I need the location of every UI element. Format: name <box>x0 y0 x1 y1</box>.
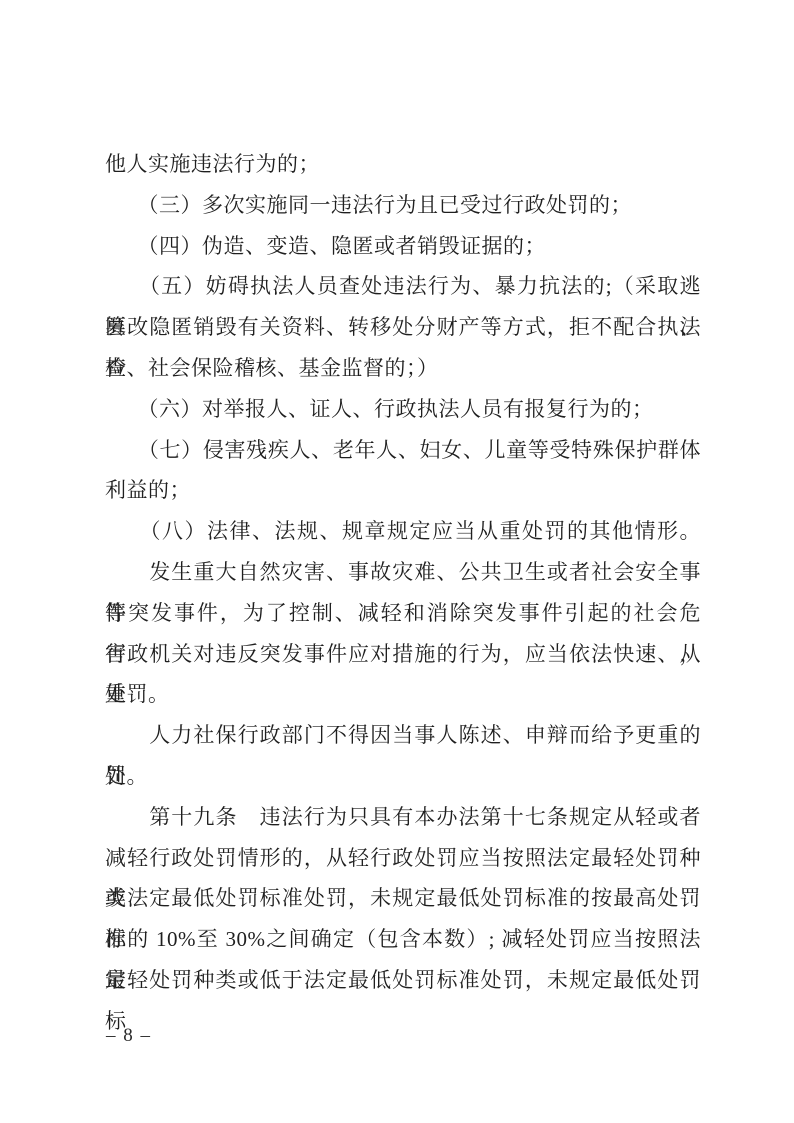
document-body: 他人实施违法行为的； （三）多次实施同一违法行为且已受过行政处罚的； （四）伪造… <box>105 144 701 1001</box>
text-line: （四）伪造、变造、隐匿或者销毁证据的； <box>105 226 701 267</box>
text-line: （六）对举报人、证人、行政执法人员有报复行为的； <box>105 389 701 430</box>
text-line: 查、社会保险稽核、基金监督的；） <box>105 348 701 389</box>
text-line: 发生重大自然灾害、事故灾难、公共卫生或者社会安全事件 <box>105 552 701 593</box>
text-line: （八）法律、法规、规章规定应当从重处罚的其他情形。 <box>105 511 701 552</box>
text-line: 处罚。 <box>105 674 701 715</box>
text-line: 或法定最低处罚标准处罚，未规定最低处罚标准的按最高处罚标 <box>105 878 701 919</box>
text-line: 第十九条 违法行为只具有本办法第十七条规定从轻或者 <box>105 797 701 838</box>
page-number: – 8 – <box>106 1025 152 1047</box>
document-page: 他人实施违法行为的； （三）多次实施同一违法行为且已受过行政处罚的； （四）伪造… <box>0 0 794 1123</box>
text-line: 减轻行政处罚情形的，从轻行政处罚应当按照法定最轻处罚种类 <box>105 838 701 879</box>
text-line: 利益的； <box>105 470 701 511</box>
text-line: 篡改隐匿销毁有关资料、转移处分财产等方式，拒不配合执法检 <box>105 307 701 348</box>
text-line: 罚。 <box>105 756 701 797</box>
text-line: （五）妨碍执法人员查处违法行为、暴力抗法的;（采取逃匿、 <box>105 266 701 307</box>
text-line: 准的 10%至 30%之间确定（包含本数）; 减轻处罚应当按照法定 <box>105 919 701 960</box>
text-line: 他人实施违法行为的； <box>105 144 701 185</box>
text-line: （七）侵害残疾人、老年人、妇女、儿童等受特殊保护群体 <box>105 430 701 471</box>
text-line: 人力社保行政部门不得因当事人陈述、申辩而给予更重的处 <box>105 715 701 756</box>
text-line: 等突发事件，为了控制、减轻和消除突发事件引起的社会危害， <box>105 593 701 634</box>
text-line: （三）多次实施同一违法行为且已受过行政处罚的； <box>105 185 701 226</box>
text-line: 行政机关对违反突发事件应对措施的行为，应当依法快速、从重 <box>105 634 701 675</box>
text-line: 最轻处罚种类或低于法定最低处罚标准处罚，未规定最低处罚标 <box>105 960 701 1001</box>
